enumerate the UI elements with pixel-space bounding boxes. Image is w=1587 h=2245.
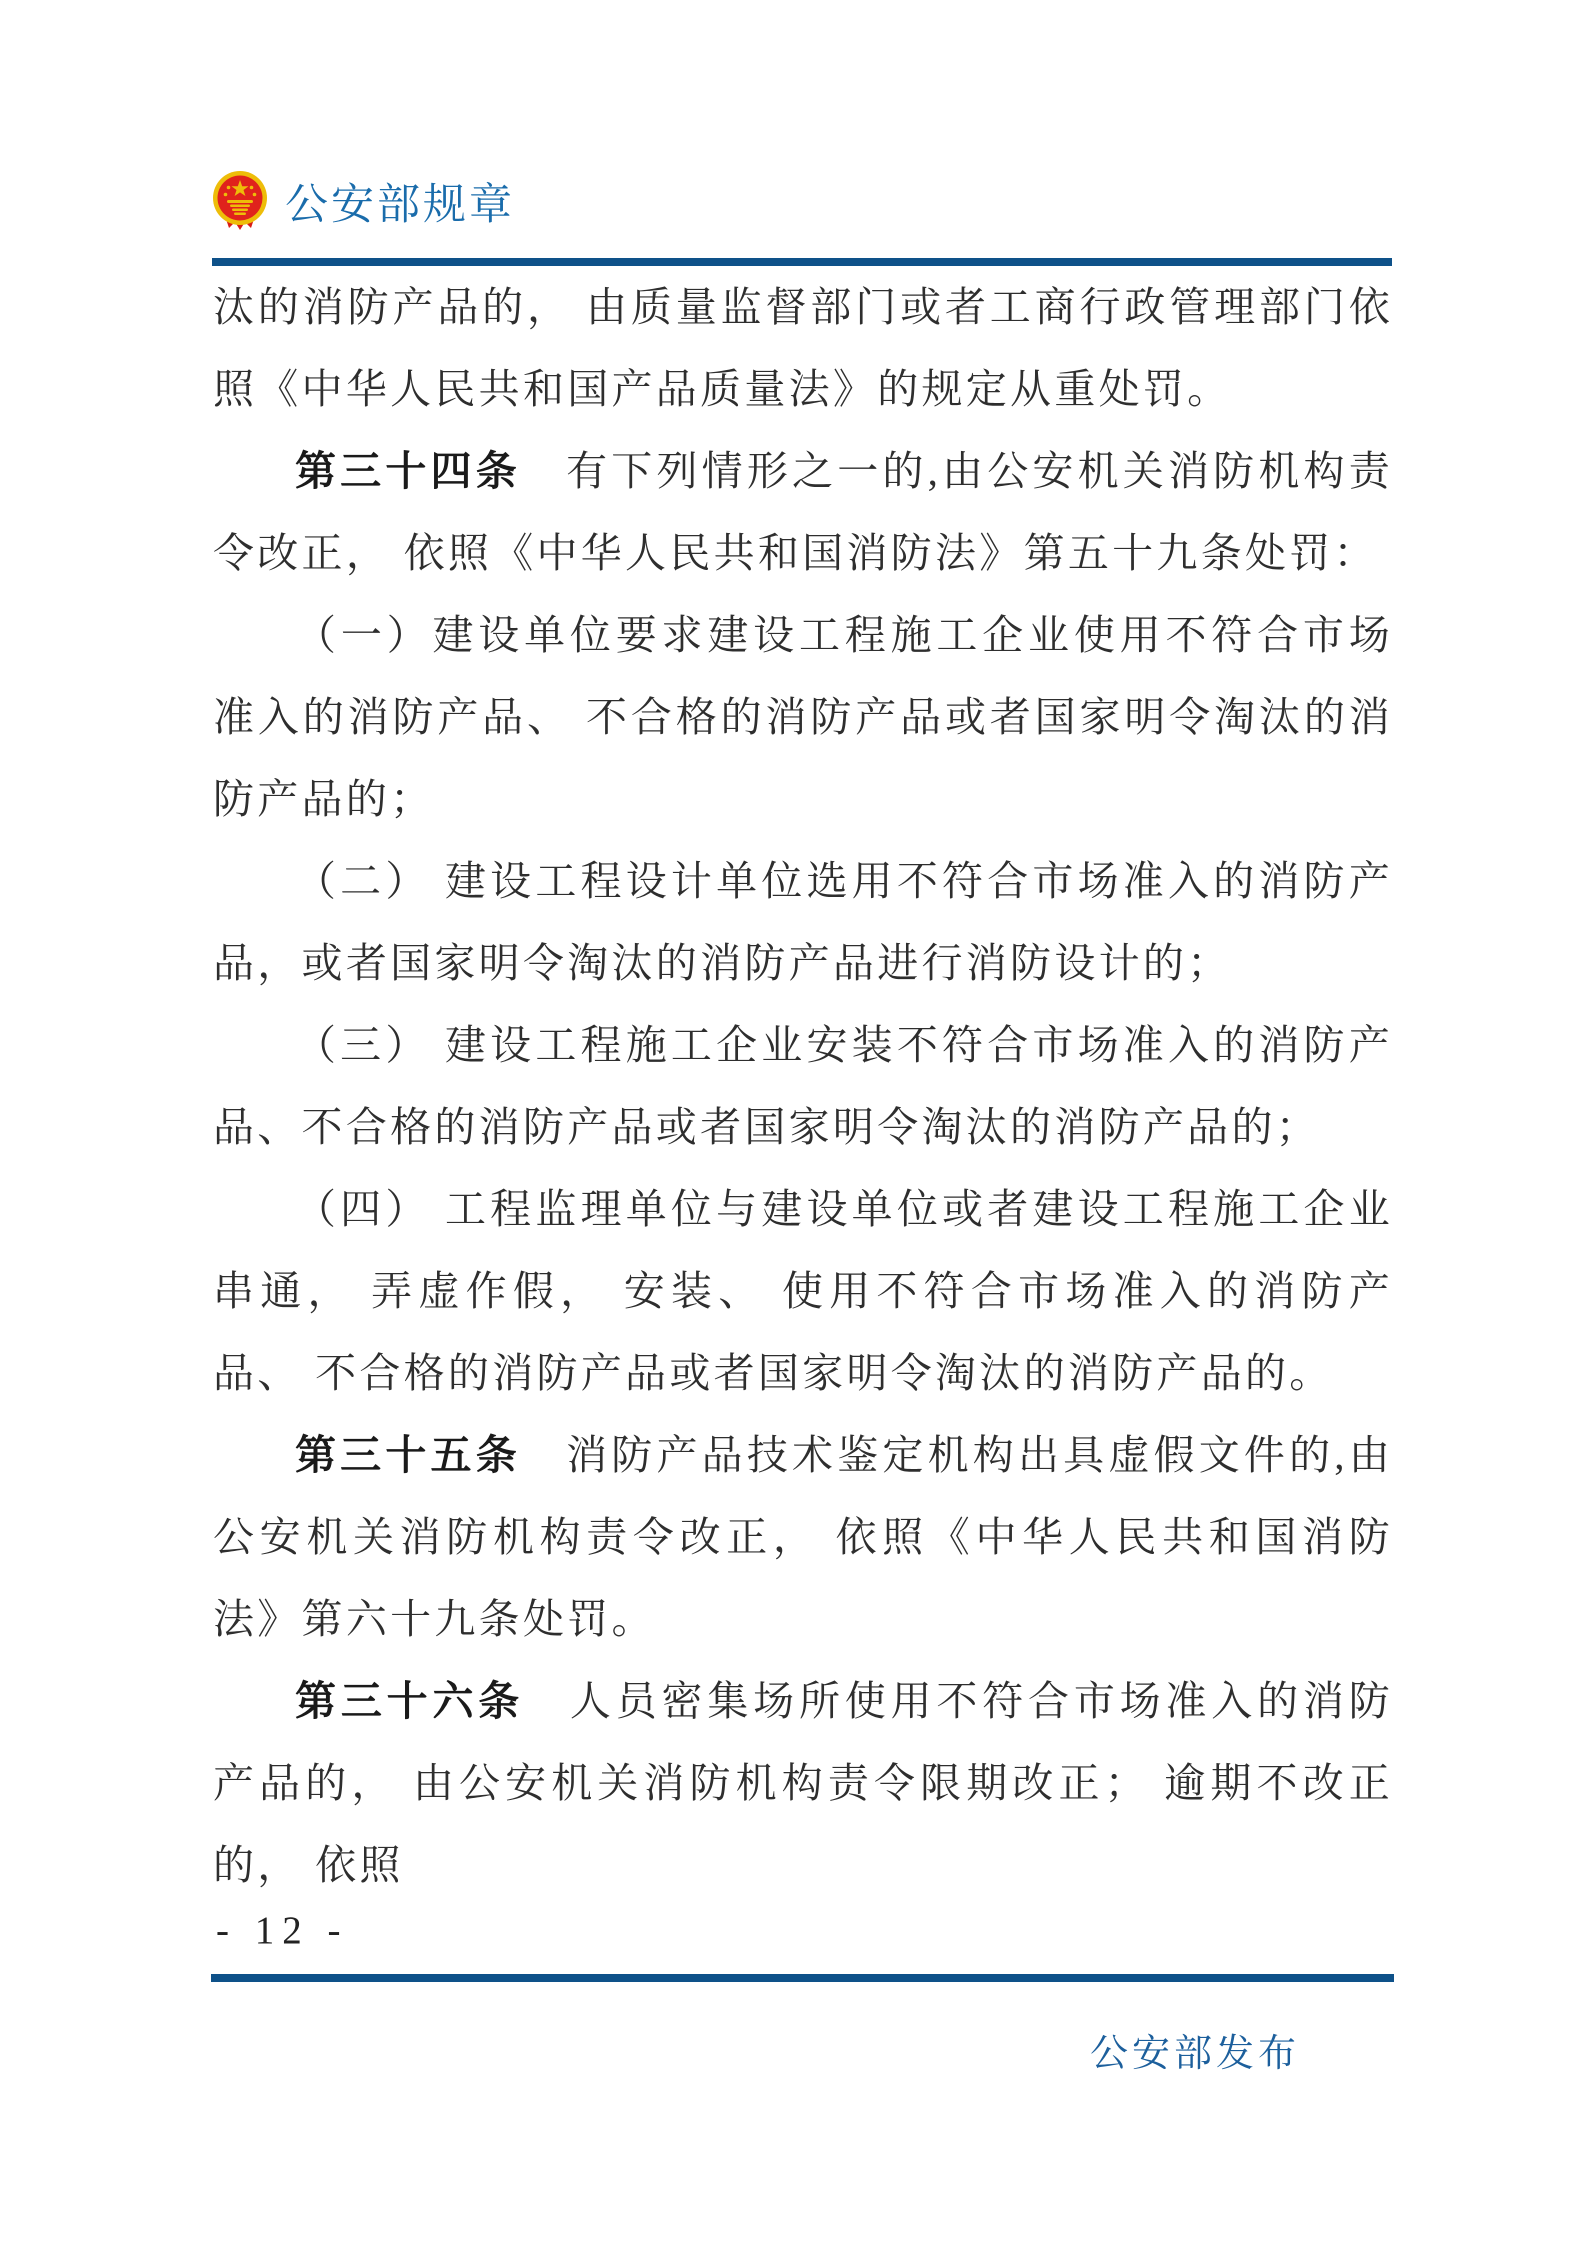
paragraph-text: （三） 建设工程施工企业安装不符合市场准入的消防产品、不合格的消防产品或者国家明…: [213, 1022, 1393, 1150]
publisher-label: 公安部发布: [1090, 2022, 1300, 2077]
body-paragraph: （四） 工程监理单位与建设单位或者建设工程施工企业串通， 弄虚作假， 安装、 使…: [213, 1168, 1393, 1414]
body-paragraph: 第三十五条 消防产品技术鉴定机构出具虚假文件的,由公安机关消防机构责令改正， 依…: [213, 1414, 1393, 1660]
article-number: 第三十四条: [295, 448, 521, 494]
article-number: 第三十五条: [295, 1432, 521, 1478]
page-title: 公安部规章: [285, 171, 515, 232]
document-body: 汰的消防产品的， 由质量监督部门或者工商行政管理部门依照《中华人民共和国产品质量…: [213, 266, 1393, 1906]
page-number: - 12 -: [216, 1908, 348, 1953]
page-header: 公安部规章: [211, 170, 515, 232]
paragraph-text: （一）建设单位要求建设工程施工企业使用不符合市场准入的消防产品、 不合格的消防产…: [213, 612, 1393, 822]
body-paragraph: （三） 建设工程施工企业安装不符合市场准入的消防产品、不合格的消防产品或者国家明…: [213, 1004, 1393, 1168]
body-paragraph: 汰的消防产品的， 由质量监督部门或者工商行政管理部门依照《中华人民共和国产品质量…: [213, 266, 1393, 430]
body-paragraph: 第三十六条 人员密集场所使用不符合市场准入的消防产品的， 由公安机关消防机构责令…: [213, 1660, 1393, 1906]
document-page: 公安部规章 汰的消防产品的， 由质量监督部门或者工商行政管理部门依照《中华人民共…: [0, 0, 1587, 2245]
body-paragraph: 第三十四条 有下列情形之一的,由公安机关消防机构责令改正， 依照《中华人民共和国…: [213, 430, 1393, 594]
header-rule: [212, 258, 1392, 266]
paragraph-text: （四） 工程监理单位与建设单位或者建设工程施工企业串通， 弄虚作假， 安装、 使…: [213, 1186, 1393, 1396]
article-number: 第三十六条: [295, 1678, 524, 1724]
paragraph-text: （二） 建设工程设计单位选用不符合市场准入的消防产品，或者国家明令淘汰的消防产品…: [213, 858, 1393, 986]
body-paragraph: （一）建设单位要求建设工程施工企业使用不符合市场准入的消防产品、 不合格的消防产…: [213, 594, 1393, 840]
national-emblem-icon: [211, 170, 269, 232]
footer-rule: [211, 1974, 1394, 1982]
body-paragraph: （二） 建设工程设计单位选用不符合市场准入的消防产品，或者国家明令淘汰的消防产品…: [213, 840, 1393, 1004]
paragraph-text: 汰的消防产品的， 由质量监督部门或者工商行政管理部门依照《中华人民共和国产品质量…: [213, 284, 1393, 412]
